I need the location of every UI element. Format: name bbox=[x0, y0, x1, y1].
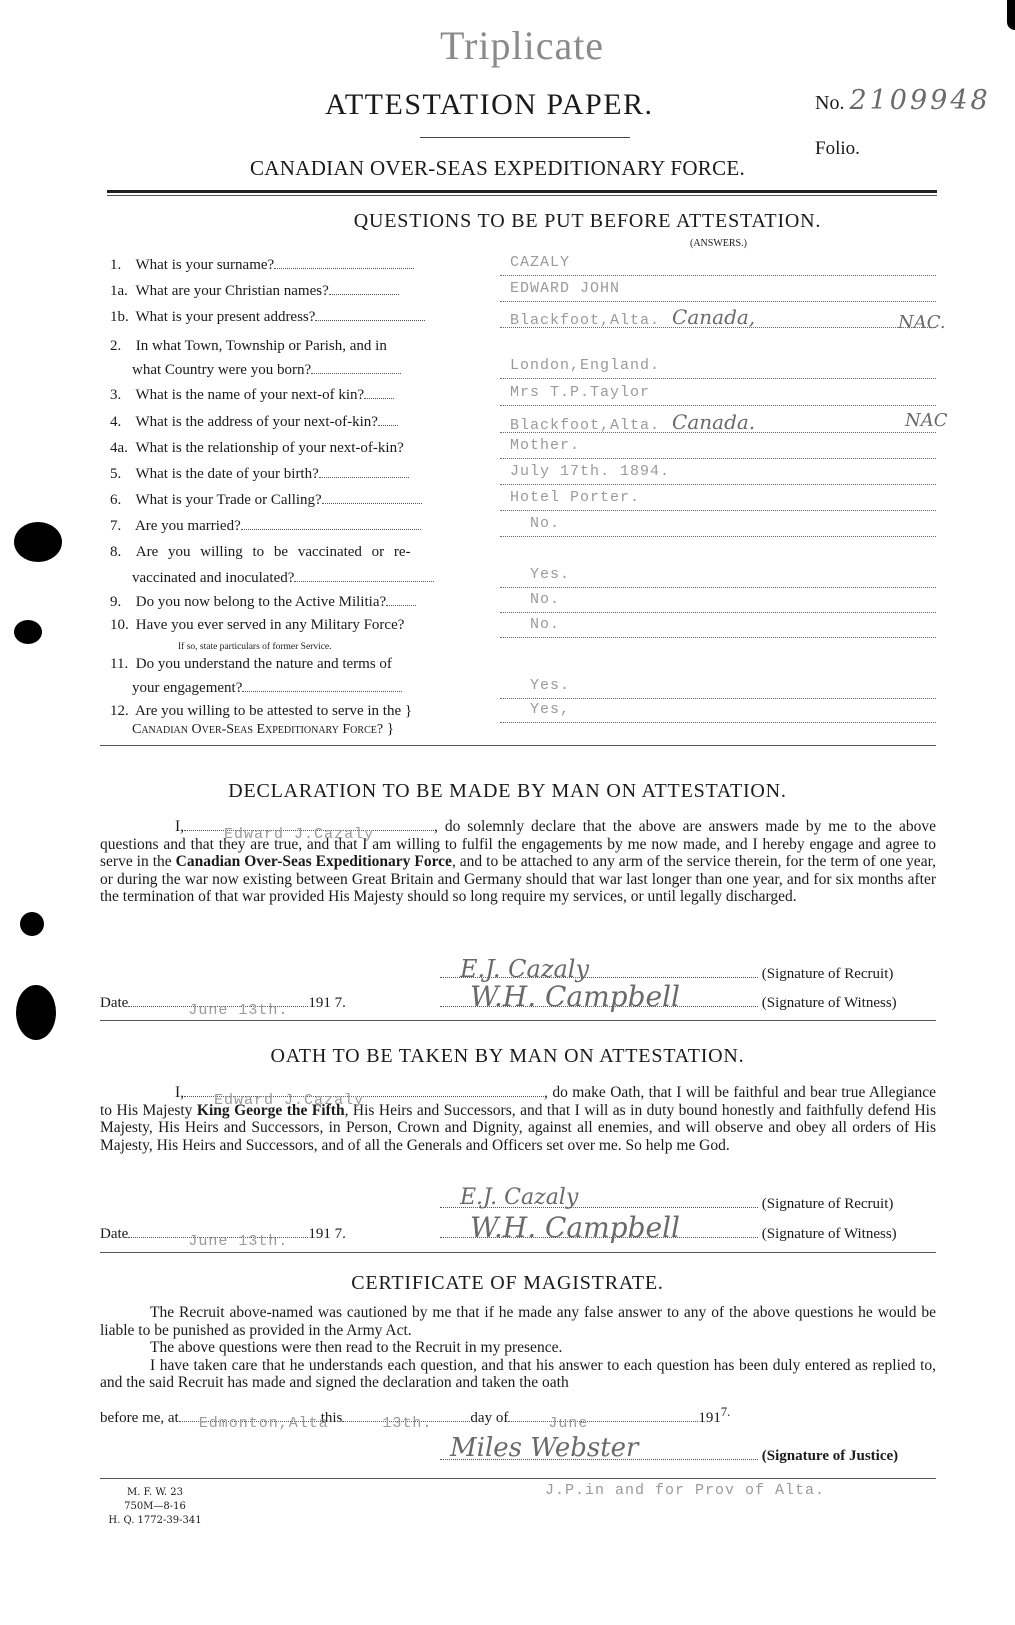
oath-divider bbox=[100, 1252, 936, 1253]
answer-militia: No. bbox=[530, 591, 560, 608]
magistrate-day: 13th. bbox=[382, 1415, 432, 1432]
answers-label: (ANSWERS.) bbox=[690, 238, 747, 249]
annotation-nac: NAC. bbox=[898, 312, 946, 333]
answer-attested: Yes, bbox=[530, 701, 570, 718]
triplicate-stamp: Triplicate bbox=[440, 22, 604, 69]
annotation-nac-2: NAC bbox=[905, 410, 948, 431]
witness-signature: W.H. Campbell bbox=[470, 980, 680, 1013]
oath-heading: OATH TO BE TAKEN BY MAN ON ATTESTATION. bbox=[0, 1045, 1015, 1068]
form-code: M. F. W. 23 750M—8-16 H. Q. 1772-39-341 bbox=[100, 1486, 210, 1528]
answer-6[interactable]: Hotel Porter. bbox=[500, 488, 936, 511]
question-1b: 1b. What is your present address? bbox=[110, 305, 495, 329]
answer-kin-address-handwritten: Canada. bbox=[672, 410, 755, 434]
answer-11[interactable]: Yes. bbox=[500, 676, 936, 699]
declaration-name[interactable]: Edward J.Cazaly bbox=[224, 826, 374, 844]
answer-2[interactable]: London,England. bbox=[500, 356, 936, 379]
magistrate-text: The Recruit above-named was cautioned by… bbox=[100, 1304, 936, 1392]
question-12: 12. Are you willing to be attested to se… bbox=[110, 702, 500, 739]
punch-hole bbox=[16, 985, 56, 1040]
punch-hole bbox=[14, 522, 62, 562]
answer-4[interactable]: Blackfoot,Alta. Canada. bbox=[500, 410, 936, 433]
oath-witness-signature-line[interactable]: W.H. Campbell (Signature of Witness) bbox=[440, 1226, 936, 1243]
answer-1[interactable]: CAZALY bbox=[500, 253, 936, 276]
question-2: 2. In what Town, Township or Parish, and… bbox=[110, 334, 495, 382]
justice-signature-line[interactable]: Miles Webster (Signature of Justice) bbox=[440, 1448, 936, 1465]
justice-signature: Miles Webster bbox=[450, 1433, 639, 1463]
answer-10[interactable]: No. bbox=[500, 615, 936, 638]
jp-note: J.P.in and for Prov of Alta. bbox=[545, 1482, 825, 1499]
answer-understand: Yes. bbox=[530, 677, 570, 694]
header-rule-2 bbox=[107, 195, 937, 196]
question-3: 3. What is the name of your next-of kin? bbox=[110, 383, 495, 407]
declaration-text: I,Edward J.Cazaly, do solemnly declare t… bbox=[100, 818, 936, 906]
question-5: 5. What is the date of your birth? bbox=[110, 462, 495, 486]
answer-birth-date: July 17th. 1894. bbox=[510, 463, 670, 480]
magistrate-heading: CERTIFICATE OF MAGISTRATE. bbox=[0, 1272, 1015, 1295]
answer-married: No. bbox=[530, 515, 560, 532]
answer-birthplace: London,England. bbox=[510, 357, 660, 374]
question-1a: 1a. What are your Christian names? bbox=[110, 279, 495, 303]
answer-kin-address: Blackfoot,Alta. bbox=[510, 417, 660, 434]
oath-date-line[interactable]: DateJune 13th.191 7. bbox=[100, 1226, 346, 1243]
question-8: 8. Are you willing to be vaccinated or r… bbox=[110, 539, 495, 591]
answer-12[interactable]: Yes, bbox=[500, 700, 936, 723]
answer-relationship: Mother. bbox=[510, 437, 580, 454]
question-10: 10. Have you ever served in any Military… bbox=[110, 615, 500, 657]
header-rule bbox=[107, 190, 937, 193]
answer-9[interactable]: No. bbox=[500, 590, 936, 613]
magistrate-month: June bbox=[548, 1415, 588, 1432]
punch-hole bbox=[14, 620, 42, 644]
answer-3[interactable]: Mrs T.P.Taylor bbox=[500, 383, 936, 406]
number-field: No. 2109948 bbox=[815, 85, 991, 116]
answer-1b[interactable]: Blackfoot,Alta. Canada, bbox=[500, 305, 936, 328]
force-subtitle: CANADIAN OVER-SEAS EXPEDITIONARY FORCE. bbox=[250, 156, 745, 181]
magistrate-place: Edmonton,Alta bbox=[199, 1415, 329, 1432]
question-6: 6. What is your Trade or Calling? bbox=[110, 488, 495, 512]
answer-4a[interactable]: Mother. bbox=[500, 436, 936, 459]
title-divider bbox=[420, 137, 630, 138]
oath-date: June 13th. bbox=[188, 1233, 288, 1250]
declaration-heading: DECLARATION TO BE MADE BY MAN ON ATTESTA… bbox=[0, 780, 1015, 803]
answer-trade: Hotel Porter. bbox=[510, 489, 640, 506]
questions-heading: QUESTIONS TO BE PUT BEFORE ATTESTATION. bbox=[80, 210, 1015, 233]
answer-christian-names: EDWARD JOHN bbox=[510, 280, 620, 297]
answer-7[interactable]: No. bbox=[500, 514, 936, 537]
answer-address-handwritten: Canada, bbox=[672, 305, 755, 329]
question-4: 4. What is the address of your next-of-k… bbox=[110, 410, 495, 434]
declaration-witness-signature-line[interactable]: W.H. Campbell (Signature of Witness) bbox=[440, 995, 936, 1012]
number-value: 2109948 bbox=[849, 85, 990, 116]
declaration-date: June 13th. bbox=[188, 1002, 288, 1019]
punch-hole bbox=[20, 912, 44, 936]
declaration-date-line[interactable]: DateJune 13th.191 7. bbox=[100, 995, 346, 1012]
question-4a: 4a. What is the relationship of your nex… bbox=[110, 436, 500, 460]
answer-5[interactable]: July 17th. 1894. bbox=[500, 462, 936, 485]
folio-label: Folio. bbox=[815, 138, 860, 160]
answer-address: Blackfoot,Alta. bbox=[510, 312, 660, 329]
magistrate-place-date-line[interactable]: before me, atEdmonton,Altathis13th.day o… bbox=[100, 1405, 940, 1427]
answer-8[interactable]: Yes. bbox=[500, 565, 936, 588]
answer-1a[interactable]: EDWARD JOHN bbox=[500, 279, 936, 302]
declaration-divider bbox=[100, 1020, 936, 1021]
question-11: 11. Do you understand the nature and ter… bbox=[110, 652, 495, 700]
oath-recruit-signature: E.J. Cazaly bbox=[460, 1185, 578, 1210]
answer-next-of-kin: Mrs T.P.Taylor bbox=[510, 384, 650, 401]
answer-surname: CAZALY bbox=[510, 254, 570, 271]
former-service-note: If so, state particulars of former Servi… bbox=[178, 642, 332, 652]
document-title: ATTESTATION PAPER. bbox=[325, 88, 654, 122]
answer-vaccinated: Yes. bbox=[530, 566, 570, 583]
number-label: No. bbox=[815, 92, 844, 114]
oath-witness-signature: W.H. Campbell bbox=[470, 1211, 680, 1244]
recruit-signature: E.J. Cazaly bbox=[460, 955, 589, 983]
question-1: 1. What is your surname? bbox=[110, 253, 495, 277]
oath-text: I,Edward J.Cazaly, do make Oath, that I … bbox=[100, 1084, 936, 1154]
question-9: 9. Do you now belong to the Active Milit… bbox=[110, 590, 495, 614]
corner-shadow bbox=[1007, 0, 1015, 30]
oath-name[interactable]: Edward J.Cazaly bbox=[214, 1092, 364, 1110]
answer-military-force: No. bbox=[530, 616, 560, 633]
questions-divider bbox=[100, 745, 936, 746]
magistrate-divider bbox=[100, 1478, 936, 1479]
question-7: 7. Are you married? bbox=[110, 514, 495, 538]
